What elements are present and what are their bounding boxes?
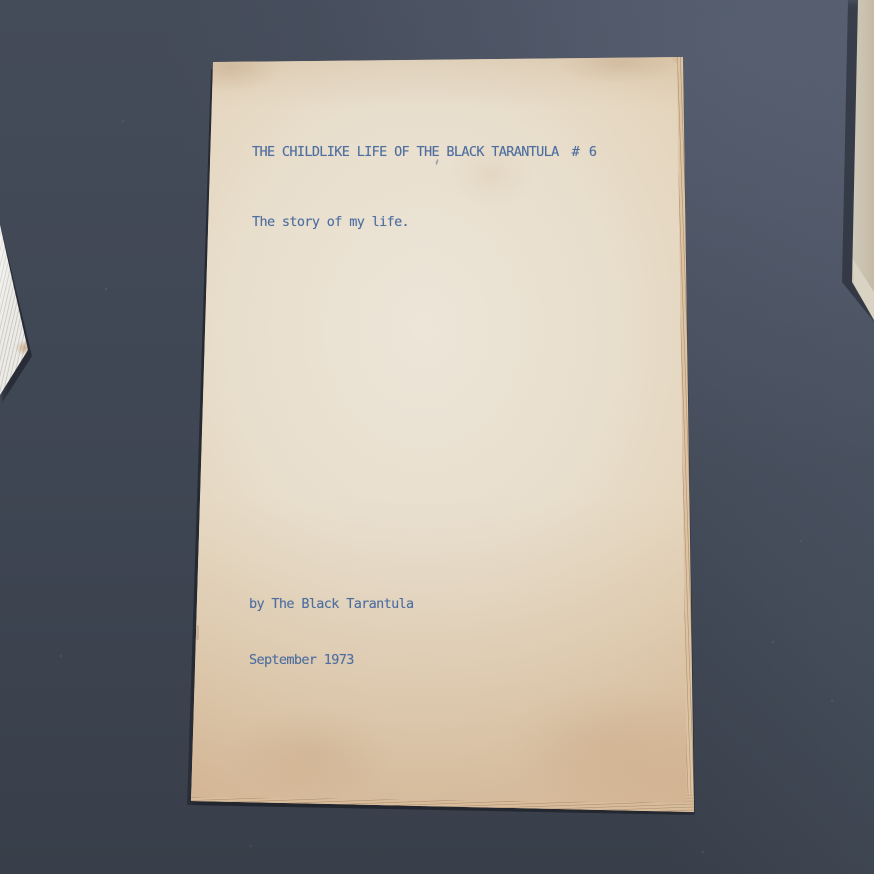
title-line: THE CHILDLIKE LIFE OF THE BLACK TARANTUL… [252,143,597,161]
subtitle-text: The story of my life. [252,213,409,231]
booklet: THE CHILDLIKE LIFE OF THE BLACK TARANTUL… [191,55,695,817]
date-text: September 1973 [249,651,414,670]
dust-speckles [0,0,2,2]
photo: THE CHILDLIKE LIFE OF THE BLACK TARANTUL… [0,0,874,874]
title-text: THE CHILDLIKE LIFE OF THE BLACK TARANTUL… [252,143,559,161]
byline-block: by The Black Tarantula September 1973 [249,558,414,706]
byline-text: by The Black Tarantula [249,595,414,614]
booklet-cover: THE CHILDLIKE LIFE OF THE BLACK TARANTUL… [191,55,695,817]
issue-number: # 6 [572,143,598,161]
